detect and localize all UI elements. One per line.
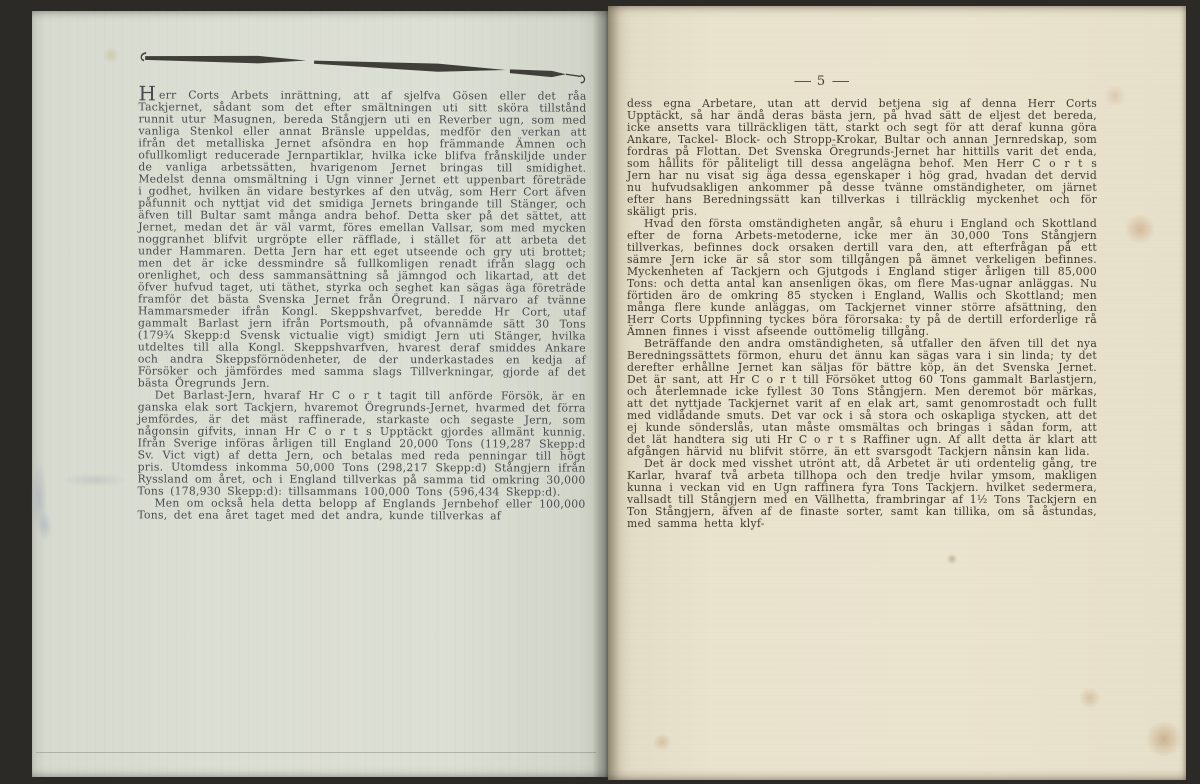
foxing-spot <box>1123 214 1157 244</box>
page-number-value: 5 <box>817 74 825 89</box>
page-number: — 5 — <box>756 74 886 89</box>
paragraph: Beträffande den andra omständigheten, så… <box>627 338 1097 458</box>
paragraph: Herr Corts Arbets inrättning, att af sje… <box>138 86 587 390</box>
paragraph: Det är dock med visshet utrönt att, då A… <box>627 458 1097 530</box>
under-sheet-edge <box>36 752 596 753</box>
ink-smudge <box>30 459 48 537</box>
foxing-spot <box>652 734 672 750</box>
right-page: — 5 — dess egna Arbetare, utan att dervi… <box>608 6 1186 780</box>
paper-stain <box>102 47 120 63</box>
scan-background: Herr Corts Arbets inrättning, att af sje… <box>0 0 1200 784</box>
foxing-spot <box>1144 722 1184 756</box>
paragraph: dess egna Arbetare, utan att dervid betj… <box>627 98 1097 218</box>
foxing-spot <box>946 554 958 564</box>
paragraph-text: err Corts Arbets inrättning, att af sjel… <box>138 88 587 389</box>
left-page: Herr Corts Arbets inrättning, att af sje… <box>32 11 608 777</box>
header-rule-ornament <box>138 47 590 86</box>
drop-cap: H <box>139 81 158 105</box>
page-number-dash: — <box>832 74 849 89</box>
left-text-block: Herr Corts Arbets inrättning, att af sje… <box>137 86 586 522</box>
paragraph: Det Barlast-Jern, hvaraf Hr C o r t tagi… <box>137 389 585 498</box>
paragraph: Men om också hela detta belopp af Englan… <box>137 497 585 522</box>
ink-smudge <box>60 473 130 487</box>
page-number-dash: — <box>793 74 810 89</box>
foxing-spot <box>1102 86 1128 106</box>
right-text-block: dess egna Arbetare, utan att dervid betj… <box>627 98 1097 530</box>
paragraph: Hvad den första omständigheten angår, så… <box>627 218 1097 338</box>
ink-smudge <box>38 511 52 541</box>
foxing-spot <box>1078 688 1102 708</box>
